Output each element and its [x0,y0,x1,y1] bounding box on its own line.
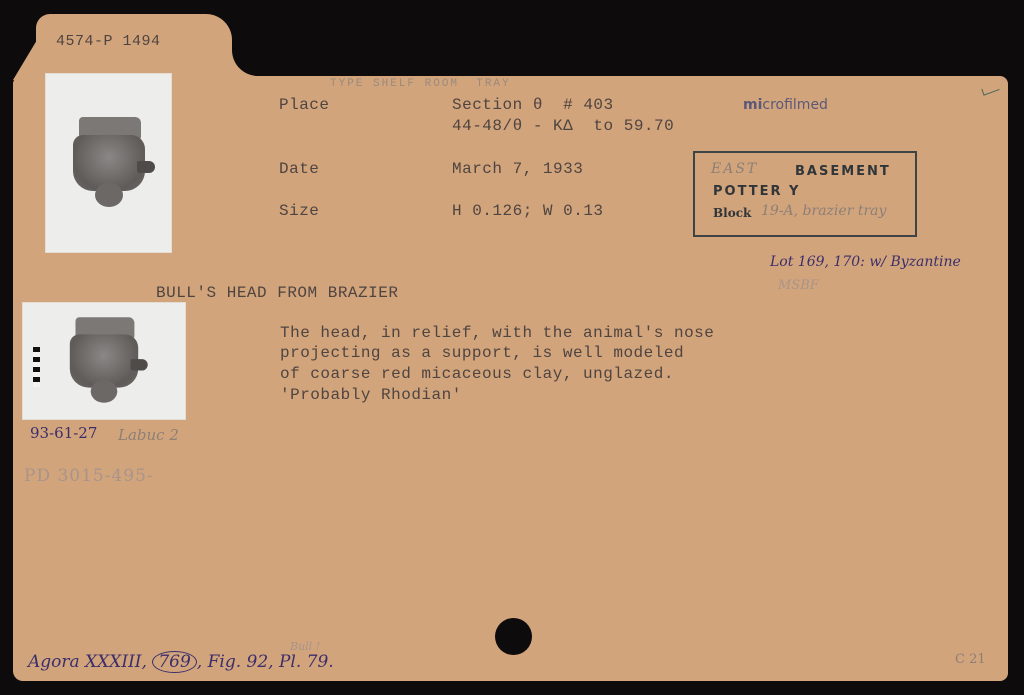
lot-annotation: Lot 169, 170: w/ Byzantine [770,254,961,270]
stamp-line-pottery: POTTER Y [713,184,800,199]
field-value-date: March 7, 1933 [452,160,583,178]
description-line-1: The head, in relief, with the animal's n… [280,323,714,344]
msbf-annotation: MSBF [778,278,819,293]
artifact-photo-scale [22,302,186,420]
punch-hole [495,618,532,655]
publication-figure-plate: , Fig. 92, Pl. 79. [197,652,334,672]
field-value-size: H 0.126; W 0.13 [452,202,604,220]
stamp-block-label: Block [713,206,751,220]
field-label-place: Place [279,96,330,114]
artifact-photo-front [45,73,172,253]
microfilmed-stamp: microfilmed [743,97,828,113]
storage-stamp: EAST BASEMENT POTTER Y Block 19-A, brazi… [693,151,917,237]
stamp-handwritten-east: EAST [711,161,758,177]
card-tab-curve [228,40,268,80]
field-value-place-line1: Section θ # 403 [452,96,614,114]
field-label-date: Date [279,160,319,178]
description-line-3: of coarse red micaceous clay, unglazed. [280,365,674,383]
publication-catalog-number: 769 [152,651,196,673]
publication-series: Agora XXXIII, [28,652,147,672]
photo-reference-note: Labuc 2 [118,426,179,444]
publication-note: Bull ! [290,640,320,653]
microfilmed-bold: mi [743,97,762,113]
pd-number: PD 3015-495- [24,466,154,486]
description-line-4: 'Probably Rhodian' [280,386,462,404]
microfilmed-rest: crofilmed [762,97,828,113]
corner-code: C 21 [955,652,986,667]
header-faint-labels: TYPE SHELF ROOM TRAY [330,78,511,90]
publication-reference: Agora XXXIII, 769, Fig. 92, Pl. 79. [28,651,334,673]
card-tab-corner [13,40,37,80]
field-value-place-line2: 44-48/θ - KΔ to 59.70 [452,117,674,135]
stamp-block-value: 19-A, brazier tray [761,203,886,219]
description-line-2: projecting as a support, is well modeled [280,344,684,362]
accession-number: 4574-P 1494 [56,33,161,50]
scale-bar-icon [33,347,40,387]
field-label-size: Size [279,202,319,220]
object-title: BULL'S HEAD FROM BRAZIER [156,284,398,302]
stamp-line-basement: BASEMENT [795,164,891,179]
bull-head-image [64,317,144,404]
photo-reference: 93-61-27 [30,424,97,442]
bull-head-image [67,117,151,209]
